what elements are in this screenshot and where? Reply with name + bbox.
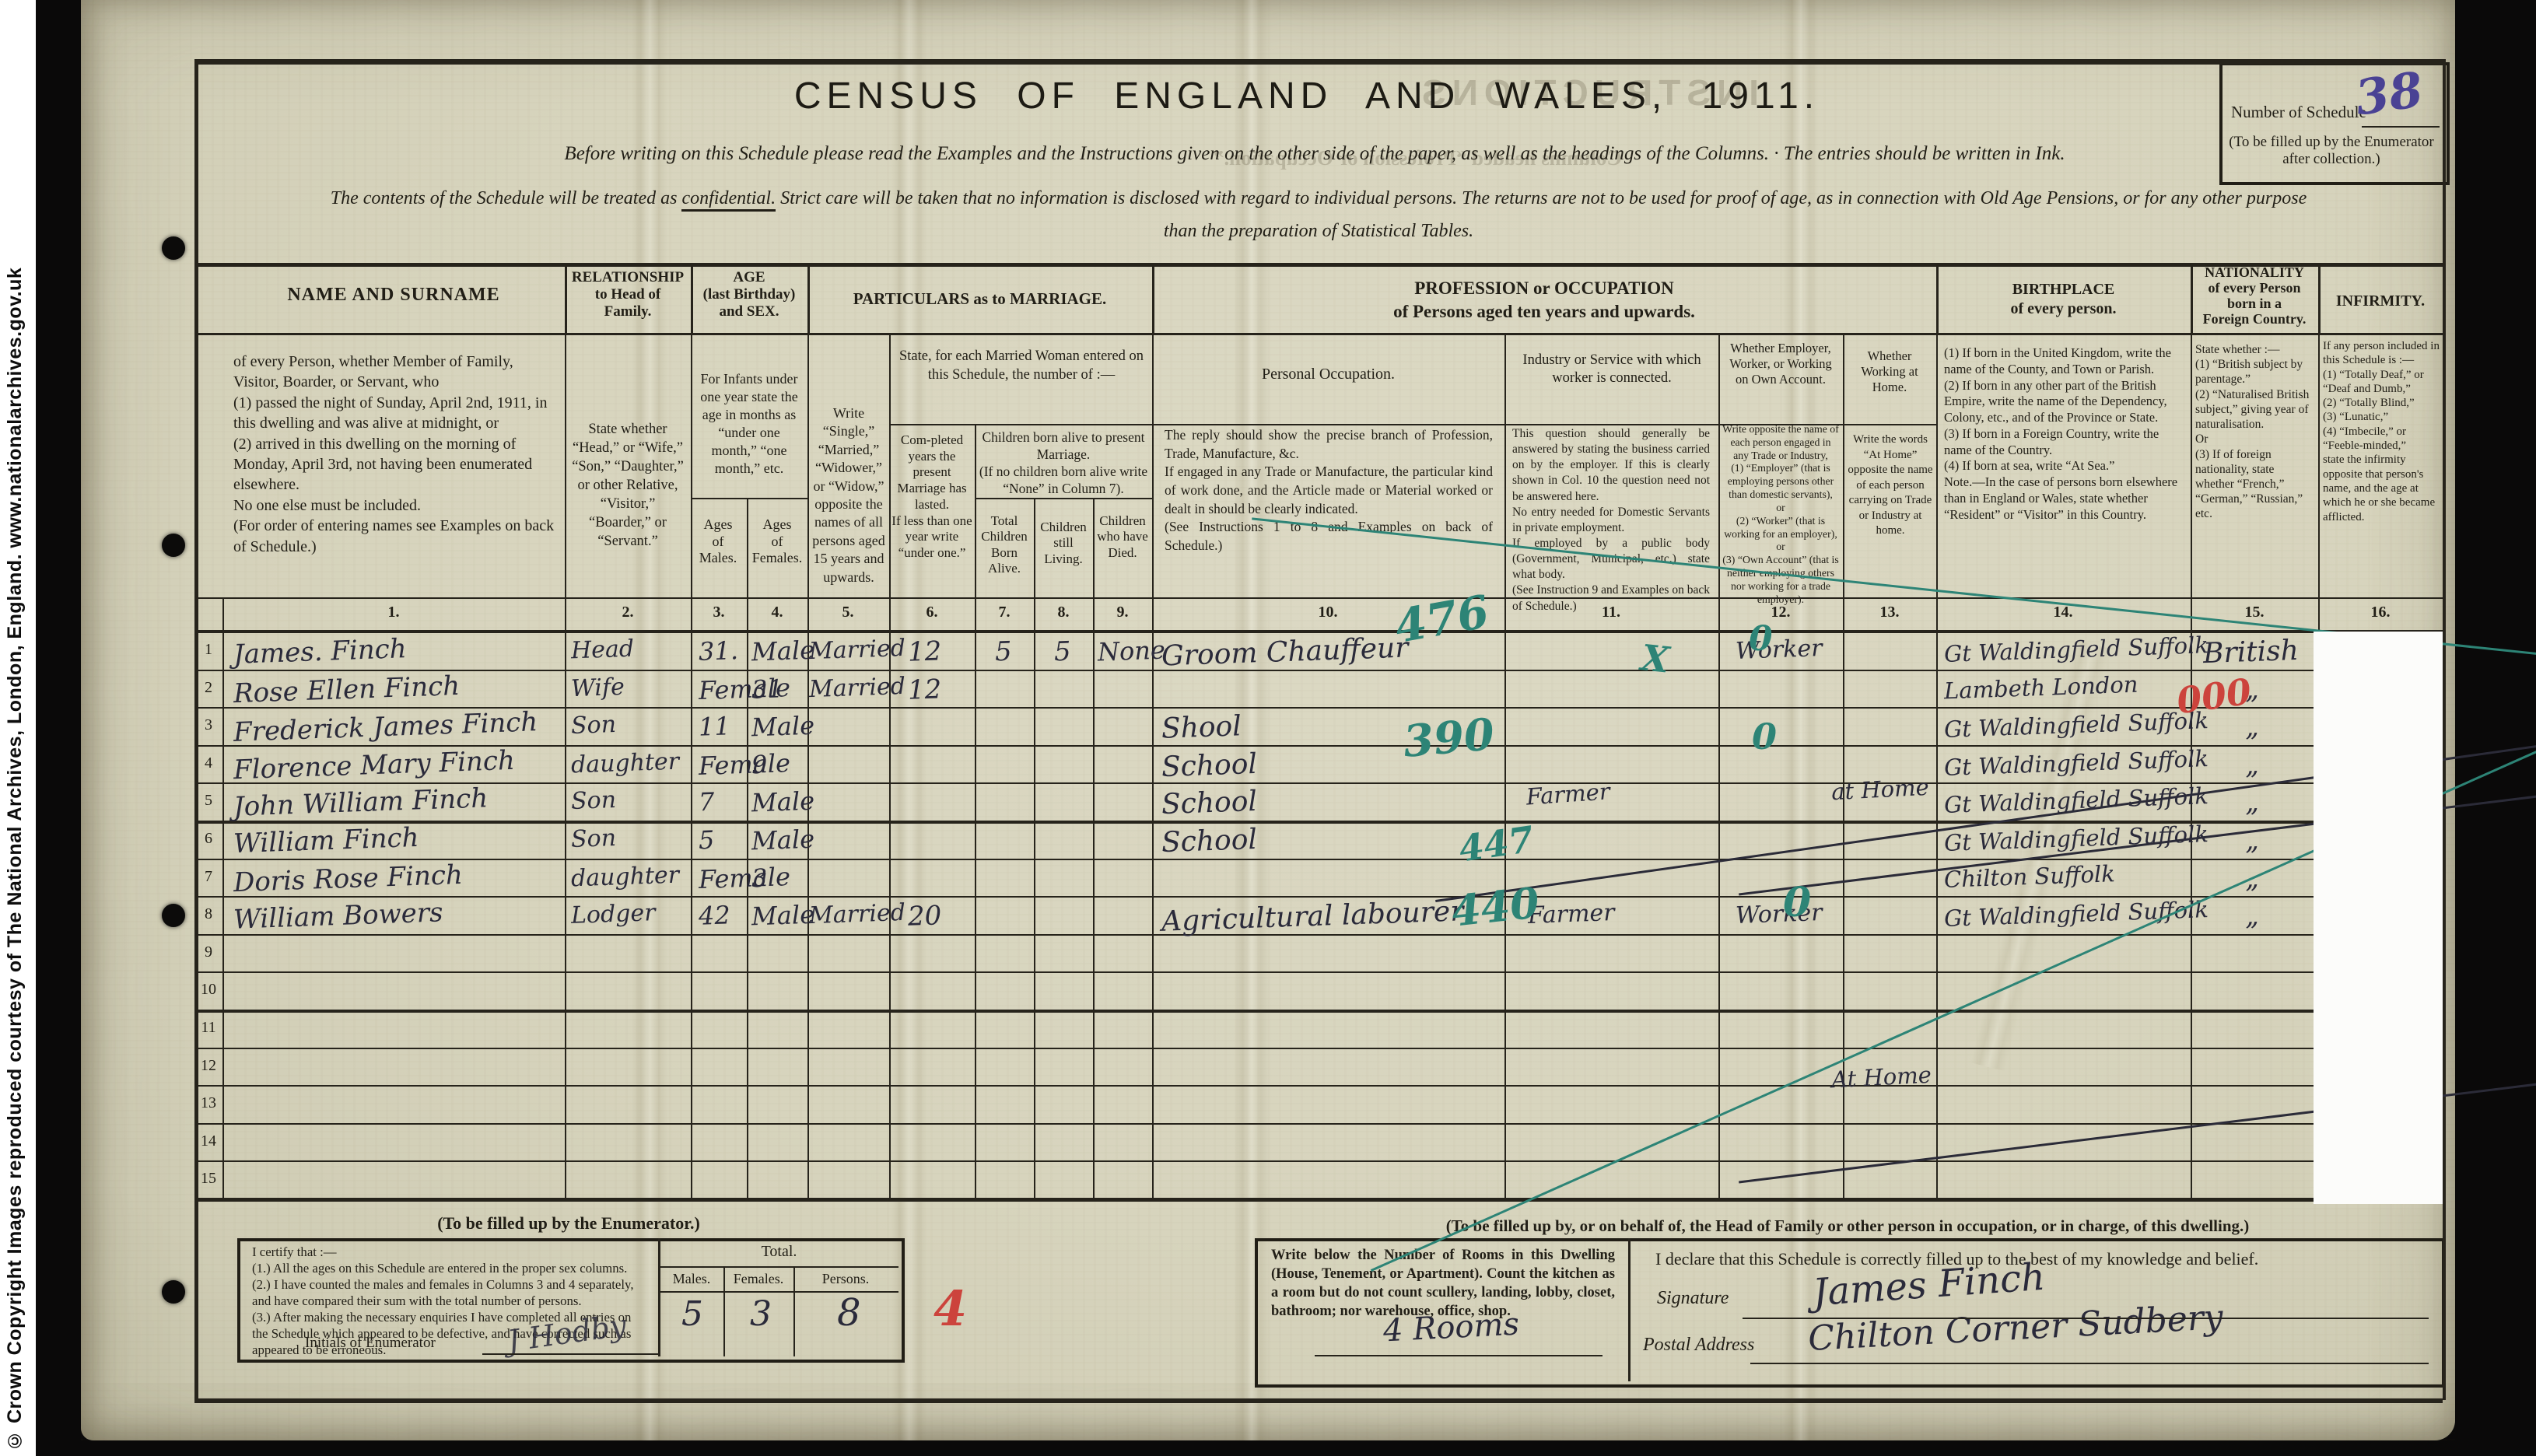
cell-marr-row8: Married — [808, 899, 905, 929]
column-number: 11. — [1580, 604, 1642, 621]
cell-m-row3: 11 — [698, 711, 730, 741]
column-number: 5. — [817, 604, 879, 621]
column-number: 10. — [1297, 604, 1359, 621]
schedule-number-label: Number of Schedule — [2231, 103, 2366, 122]
rule-line — [194, 597, 2443, 599]
rule-line — [1843, 333, 1844, 597]
rule-line — [194, 670, 2443, 671]
col-header-profession: PROFESSION or OCCUPATION of Persons aged… — [1152, 277, 1936, 324]
cell-years-row2: 12 — [907, 674, 942, 705]
rule-line — [691, 263, 693, 333]
cell-nationality-row8: „ — [2244, 901, 2259, 933]
row-number: 11 — [196, 1019, 221, 1037]
rule-line — [565, 333, 566, 597]
rule-line — [1152, 597, 1154, 1198]
rule-line — [194, 630, 2443, 633]
column-number: 13. — [1858, 604, 1921, 621]
row-number: 7 — [196, 868, 221, 886]
cell-m-row1: 31. — [698, 635, 738, 667]
rule-line — [565, 263, 567, 333]
rule-line — [194, 934, 2443, 936]
cell-born-row1: 5 — [994, 636, 1012, 668]
initials-label: Initials of Enumerator — [305, 1335, 436, 1352]
cell-occ-row3: Shool — [1161, 710, 1242, 745]
cell-rel-row6: Son — [570, 824, 616, 853]
cell-nationality-row5: „ — [2244, 787, 2259, 819]
column-number: 8. — [1032, 604, 1095, 621]
rule-line — [1093, 597, 1095, 1198]
annotation-mark: 390 — [1401, 709, 1496, 768]
annotation-mark: 0 — [1783, 879, 1811, 926]
rule-line — [975, 498, 1152, 499]
rule-line — [658, 1238, 660, 1356]
row-number: 13 — [196, 1094, 221, 1112]
redaction-box — [2314, 632, 2443, 1204]
desc-children-group: Children born alive to present Marriage.… — [979, 429, 1148, 498]
census-1911-scan: { "copyright": "© Crown Copyright Images… — [0, 0, 2536, 1456]
cell-f-row2: 31 — [751, 674, 783, 704]
rule-line — [194, 1085, 2443, 1087]
postal-address-label: Postal Address — [1643, 1335, 1754, 1356]
rule-line — [691, 333, 692, 597]
rule-line — [1628, 1238, 1631, 1381]
desc-years-married: Com-pleted years the present Marriage ha… — [891, 432, 972, 562]
desc-nationality: State whether :— (1) “British subject by… — [2195, 342, 2315, 522]
rule-line — [747, 498, 748, 597]
rule-line — [1843, 597, 1844, 1198]
cell-marr-row1: Married — [808, 635, 905, 665]
desc-employer-head: Whether Employer, Worker, or Working on … — [1722, 341, 1840, 387]
rule-line — [1936, 263, 1939, 333]
rule-line — [660, 1266, 898, 1268]
page-title: CENSUS OF ENGLAND AND WALES, 1911. — [467, 75, 2147, 117]
cell-m-row7: Female — [698, 862, 790, 894]
cell-rel-row8: Lodger — [570, 899, 656, 929]
rule-line — [1718, 597, 1720, 1198]
cell-rel-row2: Wife — [570, 673, 625, 702]
rule-line — [793, 1266, 795, 1356]
rule-line — [975, 424, 976, 597]
col-header-name: NAME AND SURNAME — [222, 285, 565, 306]
desc-marriage-top: State, for each Married Woman entered on… — [896, 347, 1147, 384]
rule-line — [2318, 263, 2321, 333]
desc-personal-occupation: The reply should show the precise branch… — [1165, 426, 1493, 555]
rooms-value: 4 Rooms — [1382, 1306, 1520, 1349]
desc-marital-status: Write “Single,” “Married,” “Widower,” or… — [812, 404, 885, 586]
rule-line — [1034, 498, 1035, 597]
copyright-text: © Crown Copyright Images reproduced cour… — [4, 5, 26, 1451]
col-header-infirmity: INFIRMITY. — [2318, 292, 2443, 310]
cell-rel-row3: Son — [570, 711, 616, 740]
rule-line — [194, 1010, 2443, 1013]
rule-line — [222, 597, 224, 1198]
rule-line — [1936, 333, 1938, 597]
desc-children-died: Children who have Died. — [1095, 513, 1151, 561]
header-instruction: Before writing on this Schedule please r… — [373, 143, 2256, 165]
total-females-value: 3 — [750, 1294, 772, 1334]
column-number: 9. — [1091, 604, 1154, 621]
rule-line — [2191, 333, 2192, 597]
row-number: 4 — [196, 754, 221, 772]
cell-occ-row4: School — [1161, 748, 1257, 783]
col-header-marriage: PARTICULARS as to MARRIAGE. — [807, 289, 1152, 309]
cell-f-row4: 9 — [751, 749, 768, 779]
conf-post: Strict care will be taken that no inform… — [776, 188, 2307, 208]
cell-m-row4: Female — [698, 748, 790, 781]
cell-occ-row5: School — [1161, 786, 1257, 821]
desc-industry: This question should generally be answer… — [1512, 426, 1710, 614]
cell-f-row8: Male — [751, 900, 814, 932]
cell-rel-row1: Head — [570, 635, 634, 665]
rule-line — [1718, 333, 1720, 597]
cell-marr-row2: Married — [808, 672, 905, 702]
row-number: 9 — [196, 943, 221, 961]
row-number: 14 — [196, 1132, 221, 1150]
rule-line — [1034, 597, 1035, 1198]
rule-line — [194, 59, 2445, 65]
col-header-nationality: NATIONALITY of every Person born in a Fo… — [2191, 264, 2318, 327]
cell-m-row8: 42 — [698, 900, 730, 930]
cell-rel-row4: daughter — [570, 747, 679, 779]
head-of-family-section-title: (To be filled up by, or on behalf of, th… — [1255, 1216, 2440, 1236]
col-header-age: AGE (last Birthday) and SEX. — [691, 269, 807, 320]
row-number: 12 — [196, 1057, 221, 1075]
signature-label: Signature — [1657, 1288, 1729, 1309]
row-number: 15 — [196, 1170, 221, 1188]
rule-line — [975, 597, 976, 1198]
hole-punch — [162, 904, 185, 927]
cell-name-row6: William Finch — [233, 822, 419, 859]
rule-line — [1504, 333, 1506, 597]
rule-line — [807, 263, 810, 333]
rule-line — [660, 1291, 898, 1293]
desc-athome: Write the words “At Home” opposite the n… — [1848, 432, 1933, 539]
rule-line — [2191, 263, 2193, 333]
rule-line — [194, 1198, 2443, 1202]
column-number: 7. — [973, 604, 1035, 621]
desc-children-born: Total Children Born Alive. — [976, 513, 1032, 577]
col-header-birthplace: BIRTHPLACE of every person. — [1936, 280, 2191, 319]
column-number: 3. — [688, 604, 750, 621]
cell-rel-row5: Son — [570, 786, 616, 815]
rule-line — [889, 333, 891, 597]
schedule-number-value: 38 — [2352, 61, 2426, 126]
rule-line — [482, 1353, 658, 1355]
rule-line — [194, 1160, 2443, 1162]
annotation-mark: 0 — [1752, 716, 1777, 758]
rule-line — [194, 1048, 2443, 1049]
cell-living-row1: 5 — [1053, 636, 1071, 668]
total-persons-value: 8 — [837, 1291, 861, 1335]
conf-word: confidential. — [681, 188, 776, 212]
cell-f-row3: Male — [751, 711, 814, 743]
cell-m-row5: 7 — [698, 787, 715, 817]
row-number: 8 — [196, 905, 221, 923]
row-number: 3 — [196, 716, 221, 734]
column-number: 6. — [901, 604, 963, 621]
row-number: 10 — [196, 981, 221, 999]
cell-rel-row7: daughter — [570, 861, 679, 892]
copyright-strip: © Crown Copyright Images reproduced cour… — [0, 0, 36, 1456]
rule-line — [194, 263, 2443, 267]
rule-line — [691, 597, 692, 1198]
confidential-line: The contents of the Schedule will be tre… — [233, 188, 2404, 209]
column-number: 4. — [746, 604, 808, 621]
rule-line — [723, 1266, 725, 1356]
males-label: Males. — [661, 1271, 722, 1287]
desc-birthplace: (1) If born in the United Kingdom, write… — [1944, 345, 2184, 523]
total-label: Total. — [660, 1243, 898, 1261]
desc-ages-females: Ages of Females. — [747, 516, 807, 567]
rule-line — [1315, 1355, 1603, 1356]
total-males-value: 5 — [681, 1294, 703, 1334]
col-header-relationship: RELATIONSHIP to Head of Family. — [565, 269, 691, 320]
rule-line — [1093, 498, 1095, 597]
desc-name: of every Person, whether Member of Famil… — [233, 352, 555, 557]
cell-m-row6: 5 — [698, 825, 715, 856]
desc-ages-males: Ages of Males. — [691, 516, 745, 567]
row-number: 1 — [196, 641, 221, 659]
rule-line — [889, 424, 1936, 425]
rule-line — [807, 333, 809, 597]
cell-f-row7: 3 — [751, 863, 768, 893]
rule-line — [1750, 1363, 2429, 1364]
cell-f-row1: Male — [751, 635, 814, 667]
rule-line — [1743, 1318, 2429, 1319]
rule-line — [194, 333, 2443, 335]
cell-occ-row6: School — [1161, 824, 1257, 859]
annotation-mark: 0 — [1749, 619, 1773, 659]
females-label: Females. — [725, 1271, 792, 1287]
enumerator-section-title: (To be filled up by the Enumerator.) — [237, 1213, 900, 1234]
schedule-number-underline — [2362, 126, 2440, 128]
column-number: 1. — [363, 604, 425, 621]
desc-athome-head: Whether Working at Home. — [1845, 348, 1934, 394]
desc-children-living: Children still Living. — [1035, 520, 1091, 567]
desc-industry-head: Industry or Service with which worker is… — [1512, 352, 1711, 387]
desc-infirmity: If any person included in this Schedule … — [2323, 339, 2440, 524]
conf-pre: The contents of the Schedule will be tre… — [331, 188, 682, 208]
cell-died-row1: None — [1097, 635, 1165, 667]
persons-label: Persons. — [795, 1271, 896, 1287]
row-number: 2 — [196, 679, 221, 697]
hole-punch — [162, 236, 185, 260]
rule-line — [1152, 263, 1154, 333]
rule-line — [194, 821, 2443, 824]
cell-f-row6: Male — [751, 824, 814, 856]
schedule-number-note: (To be filled up by the Enumerator after… — [2225, 134, 2438, 168]
annotation-mark: 4 — [933, 1280, 967, 1337]
hole-punch — [162, 1280, 185, 1304]
rule-line — [691, 498, 807, 499]
cell-nationality-row1: British — [2202, 635, 2299, 670]
column-number: 16. — [2349, 604, 2412, 621]
rule-line — [194, 971, 2443, 973]
rule-line — [194, 896, 2443, 898]
rule-line — [565, 597, 566, 1198]
rule-line — [2318, 333, 2320, 597]
column-number: 2. — [597, 604, 659, 621]
desc-personal-occupation-head: Personal Occupation. — [1152, 366, 1504, 383]
annotation-mark: 440 — [1449, 877, 1542, 936]
rule-line — [1152, 333, 1154, 597]
row-number: 5 — [196, 792, 221, 810]
desc-age-infants: For Infants under one year state the age… — [694, 370, 804, 478]
rule-line — [194, 1123, 2443, 1125]
cell-years-row8: 20 — [907, 900, 942, 932]
rule-line — [194, 1398, 2443, 1403]
annotation-mark: X — [1639, 636, 1671, 681]
cell-years-row1: 12 — [907, 635, 942, 667]
rule-line — [1936, 597, 1938, 1198]
cell-f-row5: Male — [751, 786, 814, 818]
confidential-line-2: than the preparation of Statistical Tabl… — [233, 221, 2404, 242]
hole-punch — [162, 534, 185, 557]
cell-name-row1: James. Finch — [233, 633, 407, 670]
column-number: 15. — [2223, 604, 2286, 621]
row-number: 6 — [196, 830, 221, 848]
desc-relationship: State whether “Head,” or “Wife,” “Son,” … — [571, 420, 685, 551]
